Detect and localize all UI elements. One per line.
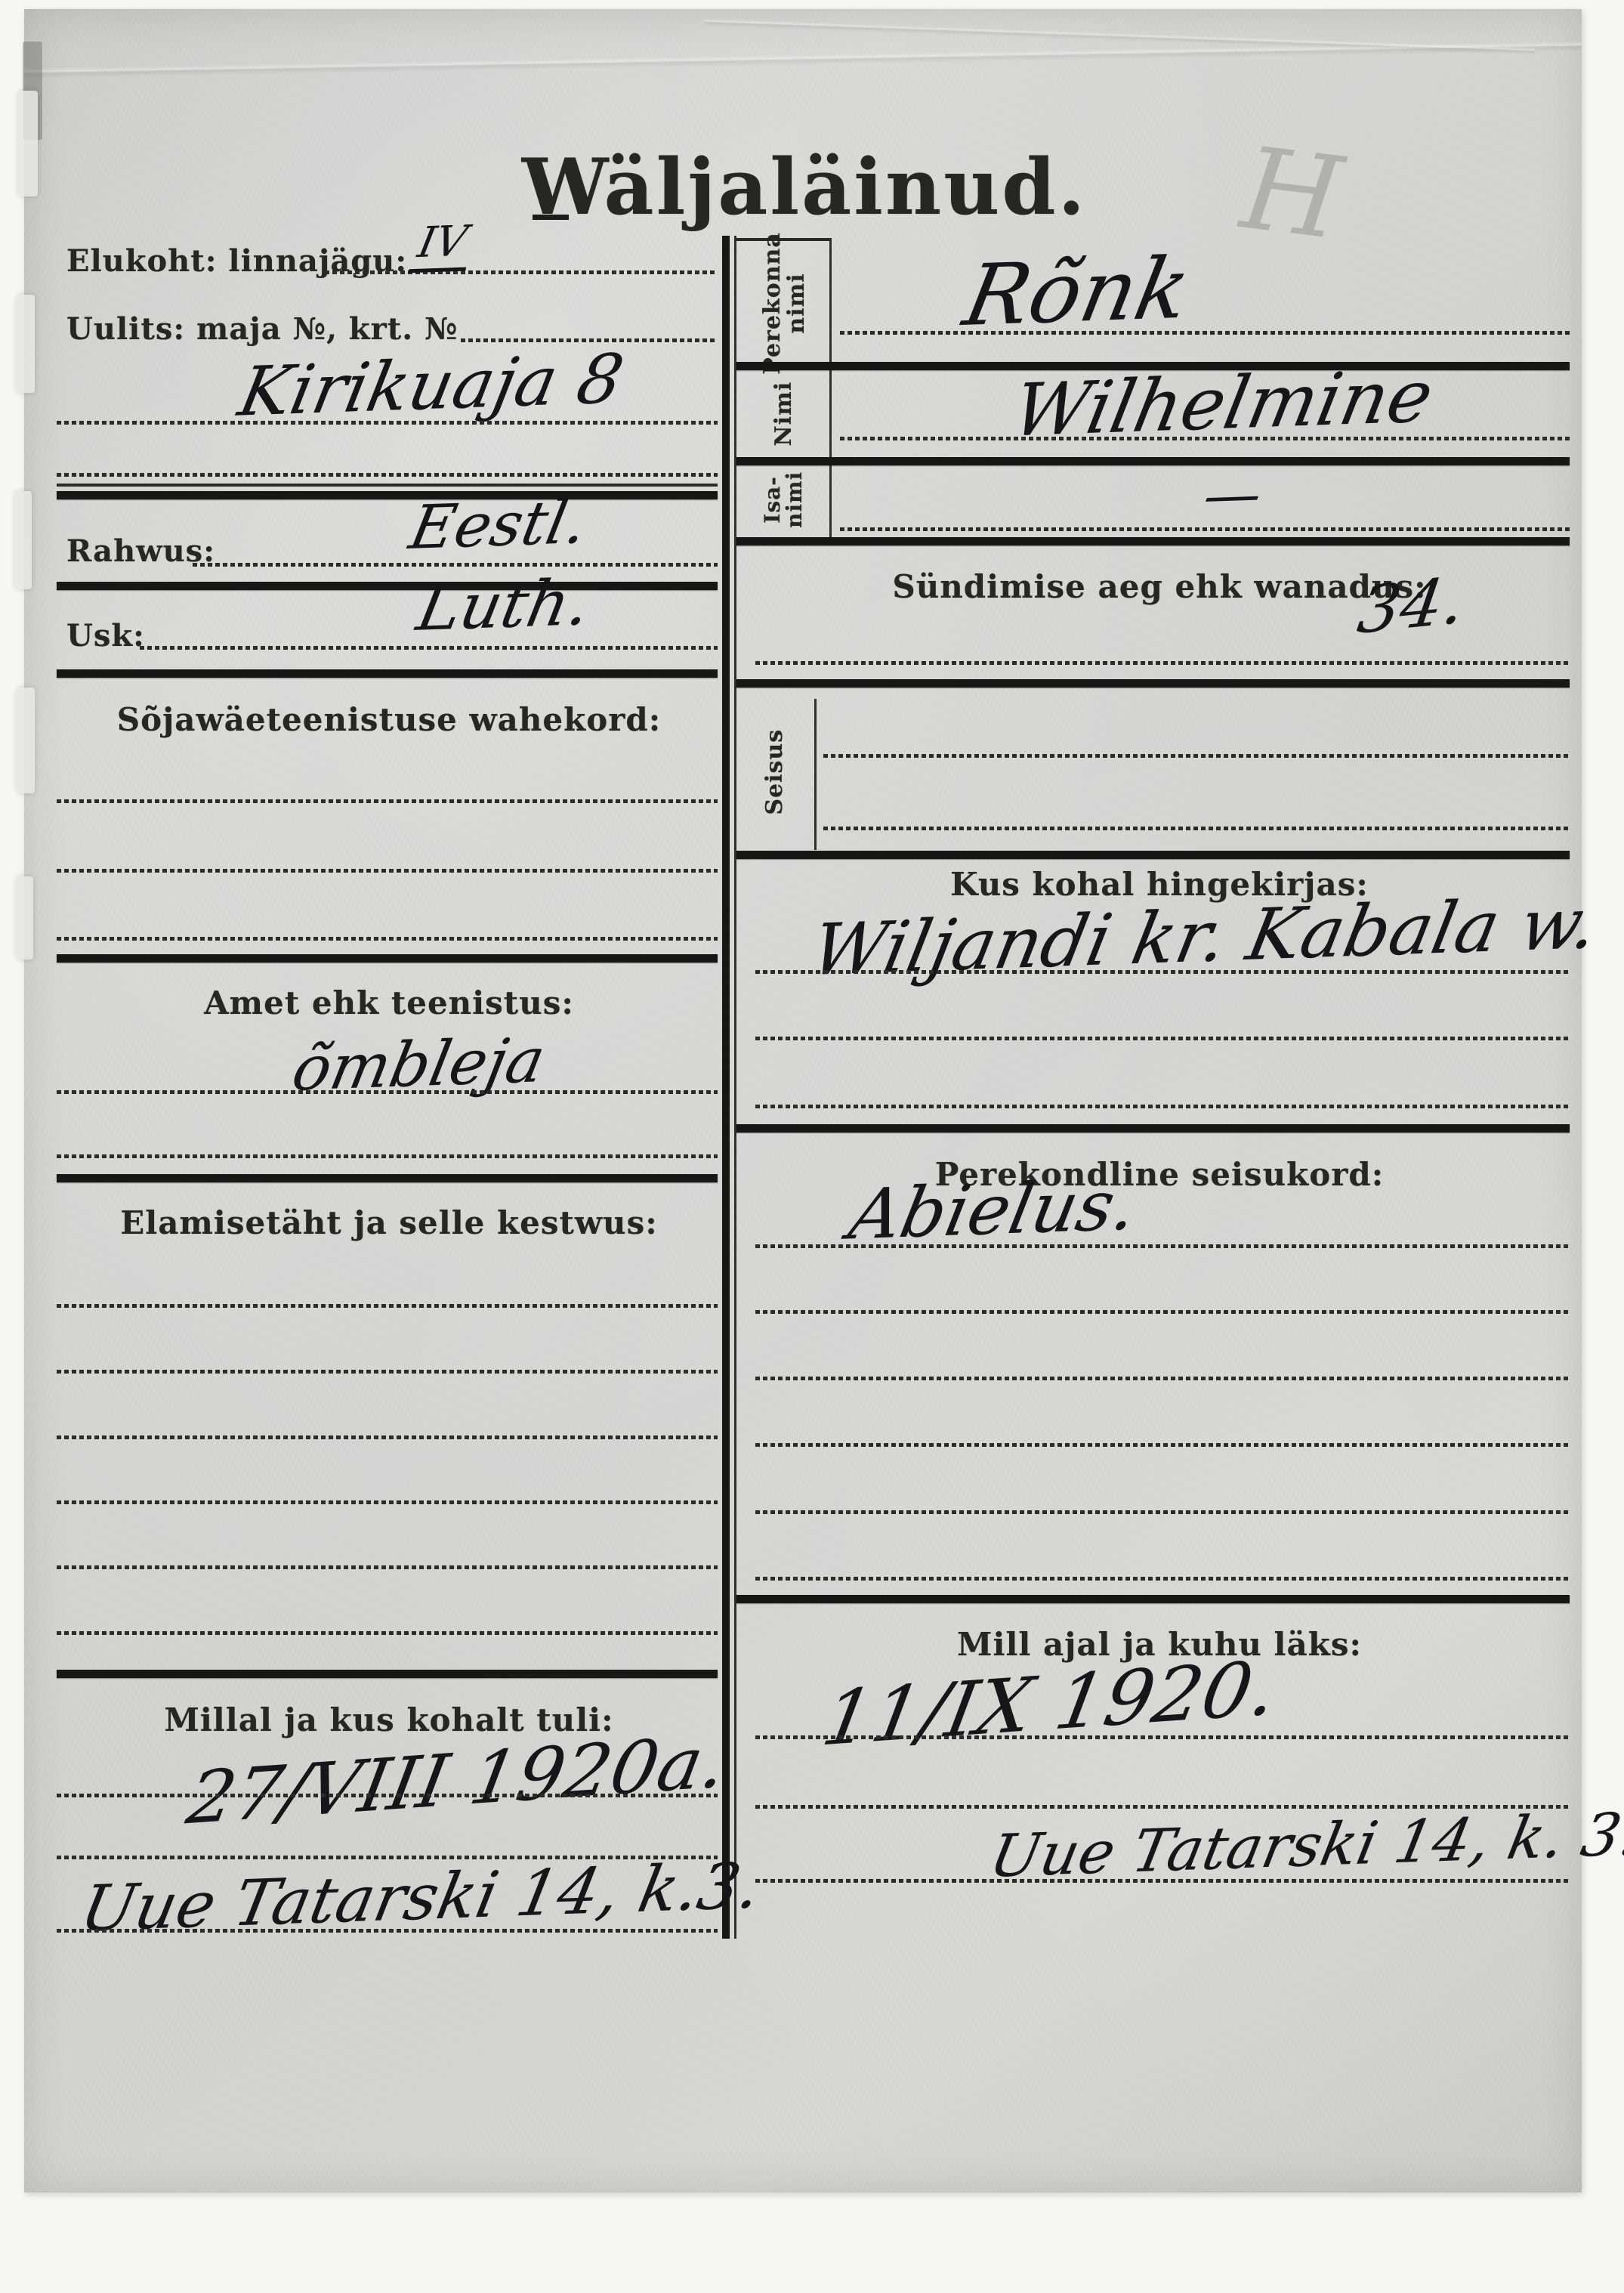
- field-value-uulits: Kirikuaja 8: [233, 339, 630, 431]
- section-label-elamisetaht: Elamisetäht ja selle kestwus:: [60, 1204, 718, 1241]
- page-title: Wäljaläinud.: [453, 142, 1156, 233]
- rule: [736, 1124, 1570, 1133]
- rule: [57, 669, 718, 678]
- edge-tape-mark: [15, 491, 32, 589]
- label-cell-divider: [829, 238, 832, 539]
- dotted-line: [823, 754, 1570, 758]
- dotted-line: [57, 1794, 718, 1797]
- scanned-document: Wäljaläinud. H Elukoht: linnajägu: IV Uu…: [0, 0, 1624, 2293]
- dotted-line: [57, 1090, 718, 1094]
- rule: [736, 537, 1570, 545]
- paper-crease: [703, 0, 1536, 76]
- rule: [57, 954, 718, 963]
- field-value-rahwus: Eestl.: [404, 487, 593, 563]
- dotted-line: [57, 1370, 718, 1374]
- dotted-line: [755, 1443, 1570, 1447]
- column-divider: [722, 236, 730, 1939]
- section-label-sojawae: Sõjawäeteenistuse wahekord:: [60, 701, 718, 738]
- dotted-line: [57, 799, 718, 803]
- rule: [736, 851, 1570, 859]
- dotted-line: [755, 1037, 1570, 1040]
- dotted-line: [755, 1377, 1570, 1380]
- dotted-line: [57, 1154, 718, 1158]
- dotted-line: [755, 661, 1570, 665]
- dotted-line: [57, 1304, 718, 1308]
- edge-tape-mark: [17, 688, 35, 793]
- field-value-sundimise: 34.: [1353, 563, 1469, 649]
- dotted-line: [193, 563, 718, 567]
- dotted-line: [325, 270, 718, 274]
- rule: [57, 1670, 718, 1678]
- field-value-perekonna-nimi: Rõnk: [956, 239, 1197, 345]
- field-value-usk: Luth.: [412, 565, 597, 645]
- field-label-isa-nimi: Isa- nimi: [742, 464, 826, 535]
- paper-crease: [23, 11, 1582, 106]
- dotted-line: [755, 970, 1570, 974]
- rule: [736, 457, 1570, 465]
- dotted-line: [57, 937, 718, 941]
- field-value-perekondline: Abielus.: [843, 1165, 1144, 1256]
- field-label-perekonna-nimi: Perekonna nimi: [742, 243, 826, 363]
- edge-tape-mark: [17, 295, 35, 393]
- dotted-line: [57, 869, 718, 873]
- field-label-seisus: Seisus: [739, 697, 811, 848]
- dotted-line: [755, 1244, 1570, 1248]
- section-label-amet: Amet ehk teenistus:: [60, 984, 718, 1021]
- field-label-usk: Usk:: [66, 618, 145, 654]
- rule: [57, 491, 718, 499]
- dotted-line: [823, 827, 1570, 830]
- dotted-line: [57, 473, 718, 477]
- dotted-line: [57, 421, 718, 425]
- dotted-line: [755, 1310, 1570, 1314]
- rule: [57, 484, 718, 487]
- dotted-line: [755, 1510, 1570, 1514]
- dotted-line: [57, 1565, 718, 1569]
- rule: [736, 1595, 1570, 1603]
- dotted-line: [57, 1929, 718, 1933]
- edge-tape-mark: [18, 91, 38, 196]
- dotted-line: [57, 1435, 718, 1439]
- field-value-elukoht: IV: [409, 217, 476, 273]
- dotted-line: [840, 527, 1570, 531]
- field-label-uulits: Uulits: maja №, krt. №: [66, 311, 458, 347]
- dotted-line: [57, 1631, 718, 1635]
- dotted-line: [140, 646, 718, 650]
- label-cell-divider: [814, 699, 817, 850]
- dotted-line: [57, 1500, 718, 1504]
- field-label-nimi: Nimi: [742, 373, 826, 455]
- dotted-line: [755, 1735, 1570, 1739]
- column-divider-thin: [734, 236, 736, 1939]
- pencil-margin-note: H: [1235, 123, 1349, 266]
- rule: [57, 582, 718, 590]
- dotted-line: [840, 437, 1570, 440]
- edge-tape-mark: [17, 876, 33, 960]
- dotted-line: [755, 1577, 1570, 1581]
- dotted-line: [755, 1879, 1570, 1883]
- rule: [57, 1174, 718, 1182]
- dotted-line: [755, 1105, 1570, 1108]
- rule: [736, 679, 1570, 688]
- dotted-line: [840, 331, 1570, 335]
